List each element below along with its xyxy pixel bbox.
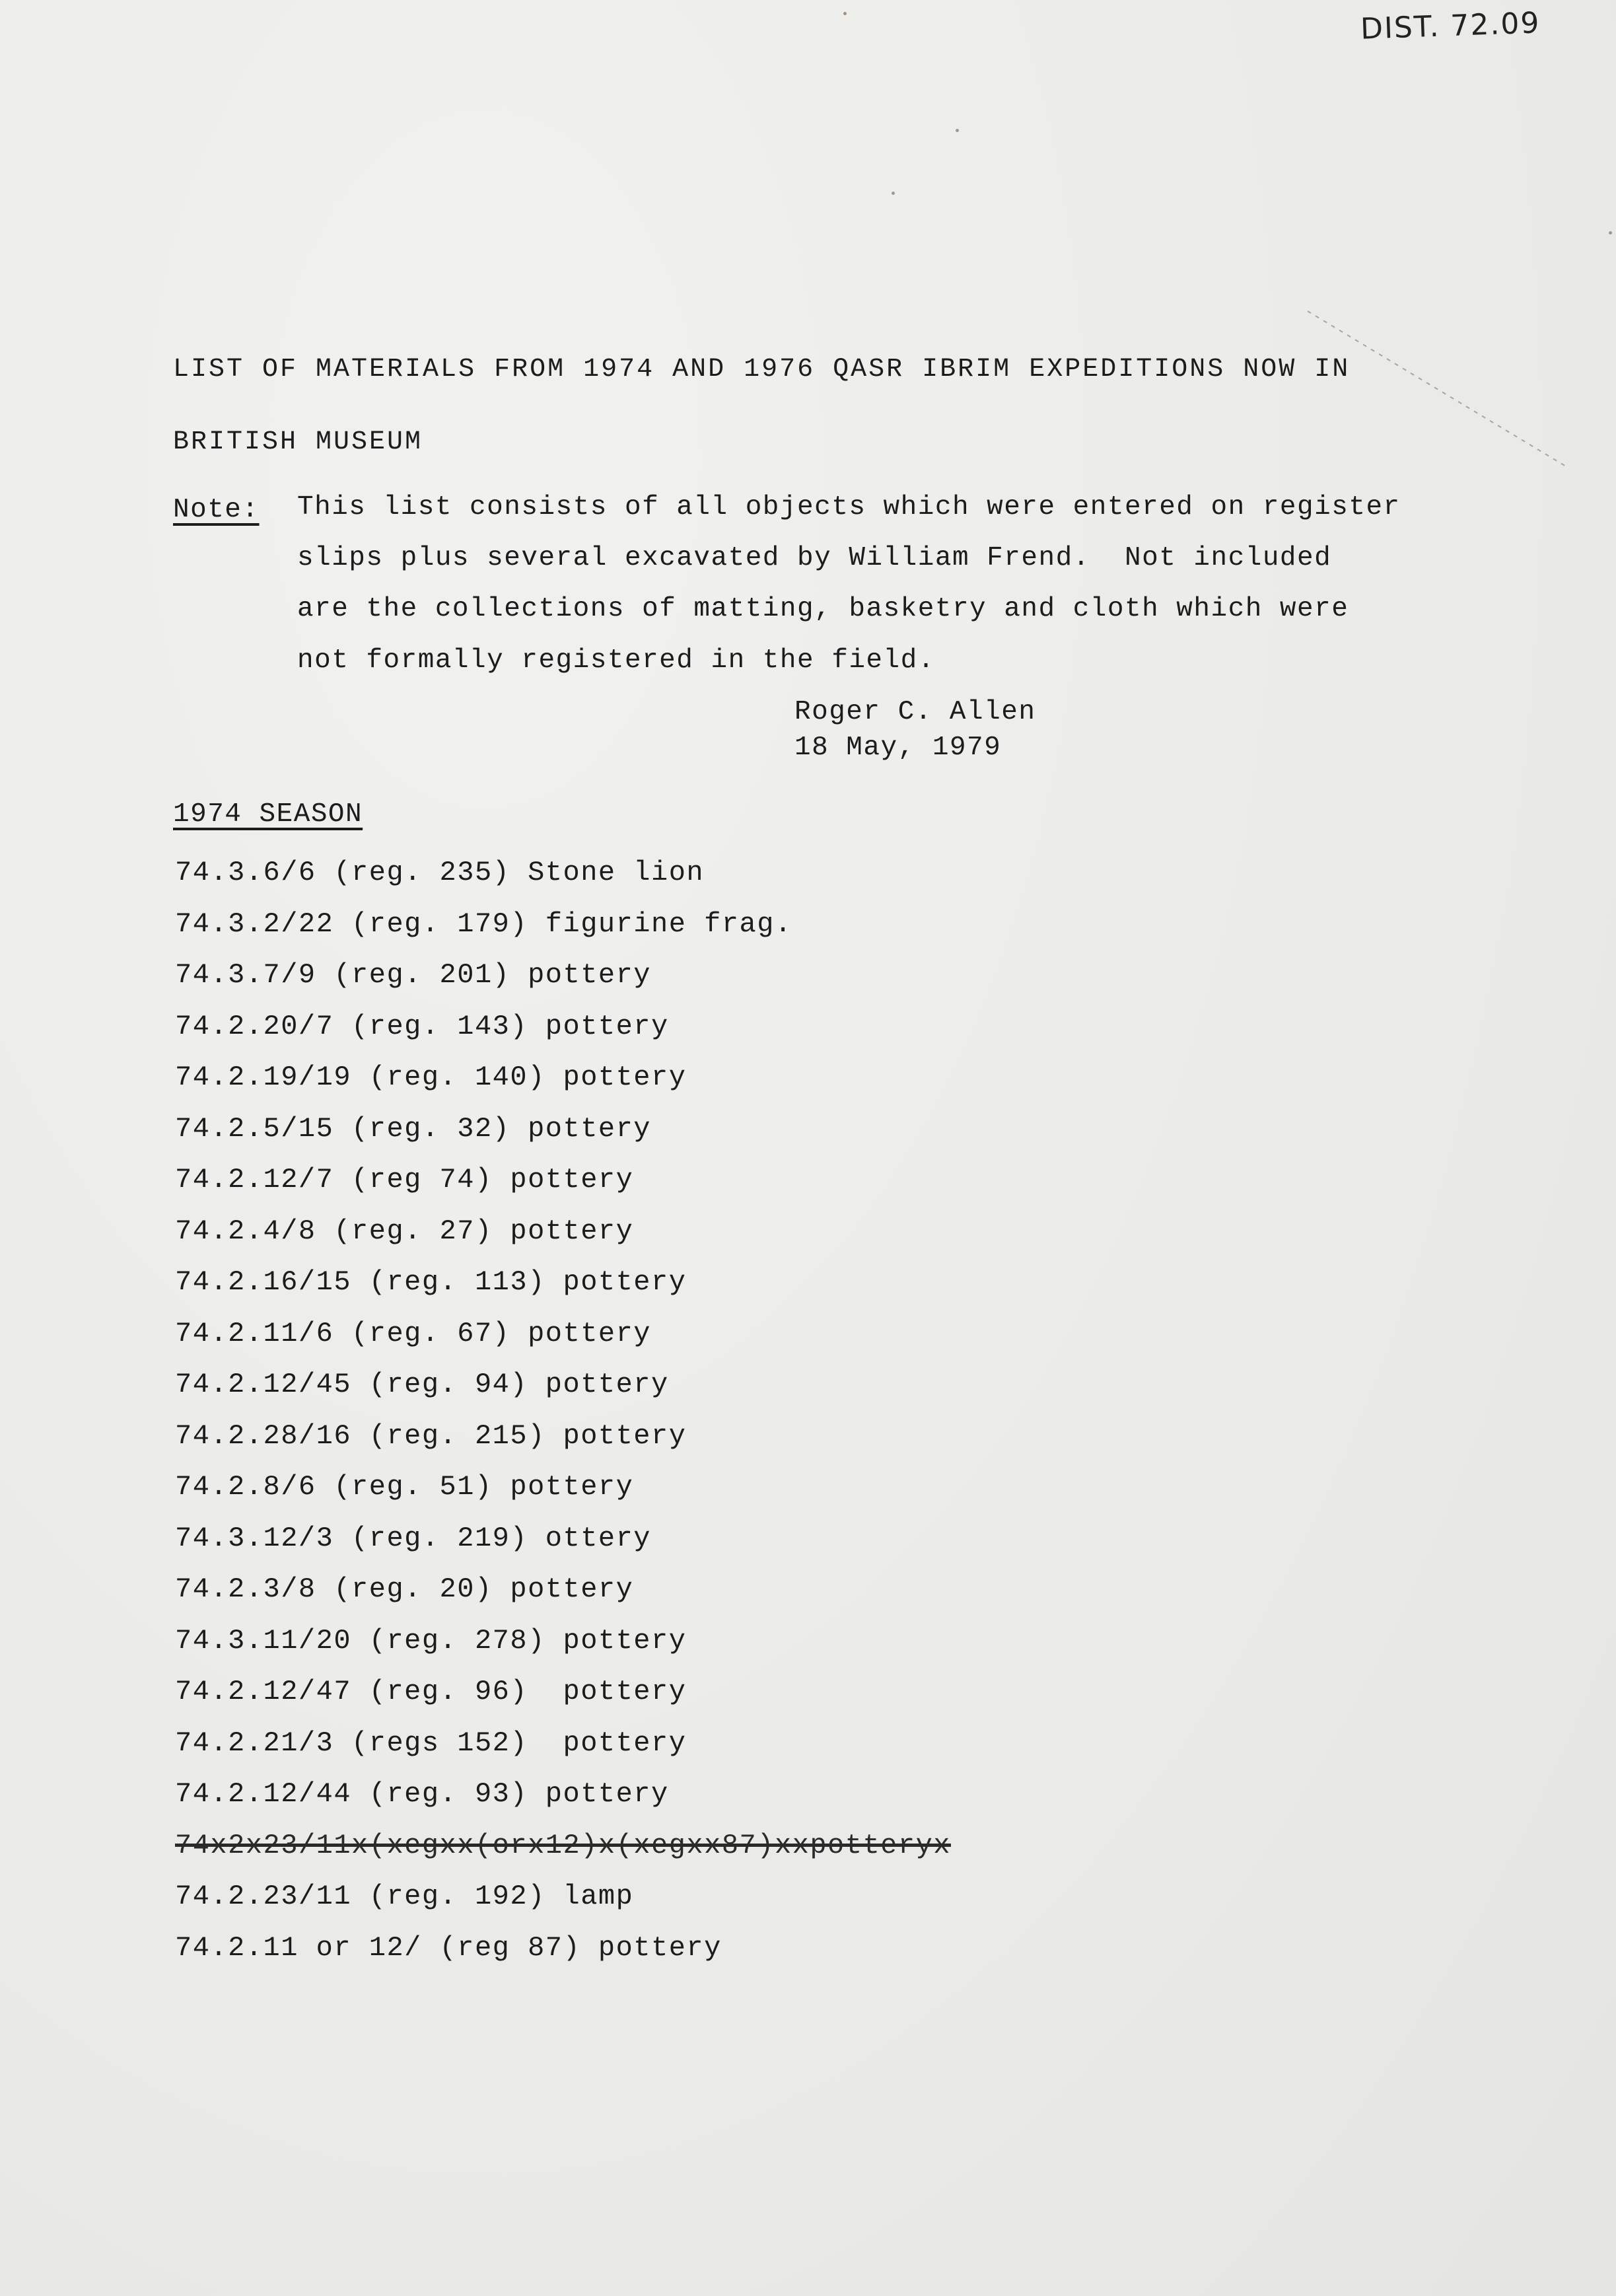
handwritten-reference: DIST. 72.09 bbox=[1360, 6, 1541, 46]
speck bbox=[956, 129, 959, 132]
list-item: 74.2.23/11 (reg. 192) lamp bbox=[175, 1879, 951, 1931]
document-title-line-1: LIST OF MATERIALS FROM 1974 AND 1976 QAS… bbox=[173, 357, 1350, 383]
speck bbox=[843, 12, 847, 15]
list-item: 74.2.12/7 (reg 74) pottery bbox=[175, 1163, 951, 1214]
struck-list-item: 74x2x23/11x(xegxx(orx12)x(xegxx87)xxpott… bbox=[175, 1828, 951, 1880]
list-item: 74.2.20/7 (reg. 143) pottery bbox=[175, 1009, 951, 1061]
list-item: 74.2.12/45 (reg. 94) pottery bbox=[175, 1367, 951, 1419]
speck bbox=[1609, 231, 1612, 234]
list-item: 74.3.11/20 (reg. 278) pottery bbox=[175, 1624, 951, 1675]
signature-name: Roger C. Allen bbox=[794, 699, 1036, 726]
list-item: 74.2.21/3 (regs 152) pottery bbox=[175, 1726, 951, 1777]
list-item: 74.3.6/6 (reg. 235) Stone lion bbox=[175, 855, 951, 907]
note-line-4: not formally registered in the field. bbox=[297, 647, 935, 674]
document-title-line-2: BRITISH MUSEUM bbox=[173, 429, 423, 456]
speck bbox=[892, 192, 895, 195]
list-item: 74.2.28/16 (reg. 215) pottery bbox=[175, 1419, 951, 1470]
note-line-3: are the collections of matting, basketry… bbox=[297, 596, 1349, 623]
note-line-1: This list consists of all objects which … bbox=[297, 494, 1401, 521]
signature-date: 18 May, 1979 bbox=[794, 735, 1001, 762]
list-item: 74.2.8/6 (reg. 51) pottery bbox=[175, 1470, 951, 1521]
list-item: 74.2.12/47 (reg. 96) pottery bbox=[175, 1674, 951, 1726]
list-item: 74.2.5/15 (reg. 32) pottery bbox=[175, 1112, 951, 1163]
list-item: 74.2.16/15 (reg. 113) pottery bbox=[175, 1265, 951, 1316]
list-item: 74.2.19/19 (reg. 140) pottery bbox=[175, 1060, 951, 1112]
season-item-list: 74.3.6/6 (reg. 235) Stone lion74.3.2/22 … bbox=[175, 855, 951, 1982]
list-item: 74.2.11/6 (reg. 67) pottery bbox=[175, 1316, 951, 1368]
list-item: 74.2.4/8 (reg. 27) pottery bbox=[175, 1214, 951, 1266]
list-item: 74.3.2/22 (reg. 179) figurine frag. bbox=[175, 907, 951, 958]
note-line-2: slips plus several excavated by William … bbox=[297, 545, 1331, 572]
list-item: 74.2.12/44 (reg. 93) pottery bbox=[175, 1777, 951, 1828]
list-item: 74.3.7/9 (reg. 201) pottery bbox=[175, 958, 951, 1009]
list-item: 74.3.12/3 (reg. 219) ottery bbox=[175, 1521, 951, 1573]
list-item: 74.2.11 or 12/ (reg 87) pottery bbox=[175, 1931, 951, 1982]
season-heading: 1974 SEASON bbox=[173, 801, 363, 828]
note-label: Note: bbox=[173, 497, 260, 524]
list-item: 74.2.3/8 (reg. 20) pottery bbox=[175, 1572, 951, 1624]
